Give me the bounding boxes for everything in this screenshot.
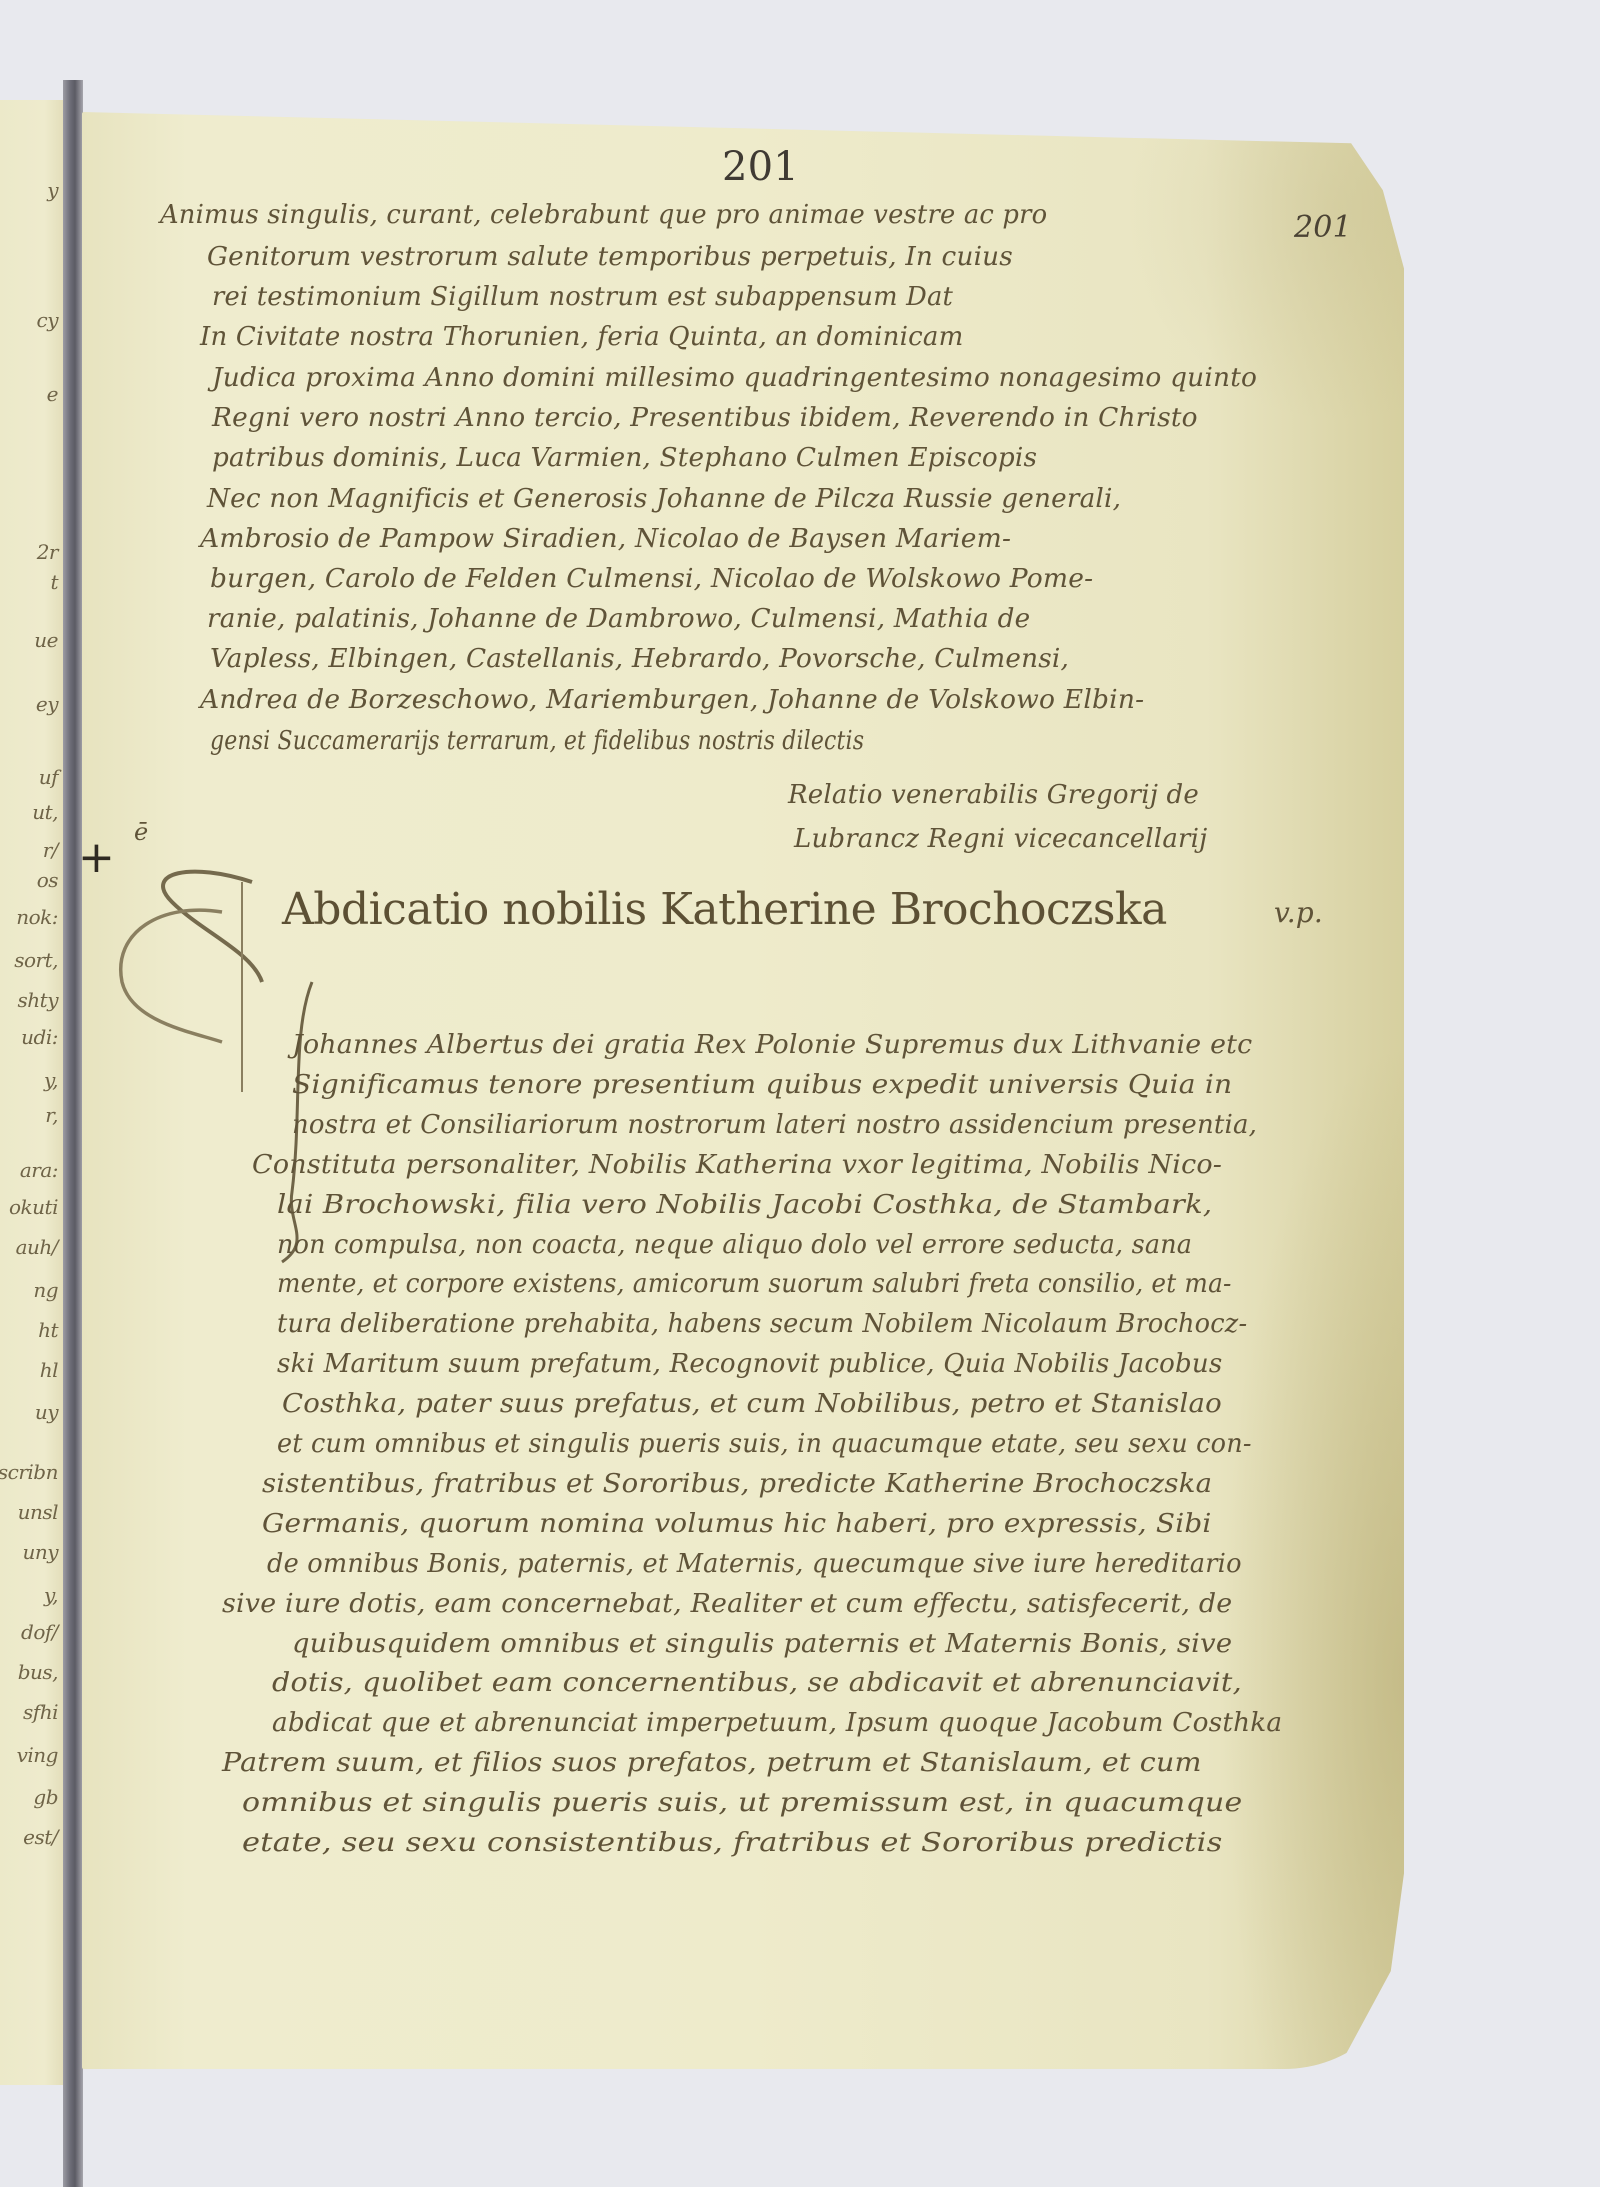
- facing-page-fragment: bus,: [18, 1660, 58, 1684]
- signature-line-2: Lubrancz Regni vicecancellarij: [794, 824, 1207, 854]
- facing-page-fragment: ue: [34, 628, 58, 652]
- text-line: gensi Succamerarijs terrarum, et fidelib…: [210, 728, 1082, 754]
- text-line: Germanis, quorum nomina volumus hic habe…: [262, 1511, 1212, 1537]
- text-line: rei testimonium Sigillum nostrum est sub…: [212, 284, 1232, 310]
- text-line: de omnibus Bonis, paternis, et Maternis,…: [267, 1551, 1242, 1577]
- facing-page-fragment: udi:: [21, 1025, 58, 1049]
- text-line: Significamus tenore presentium quibus ex…: [292, 1072, 1232, 1098]
- text-line: abdicat que et abrenunciat imperpetuum, …: [272, 1710, 1282, 1736]
- facing-page-fragment: ng: [33, 1278, 58, 1302]
- text-line: Genitorum vestrorum salute temporibus pe…: [207, 244, 1252, 270]
- facing-page-fragment: dscribn: [0, 1460, 58, 1484]
- facing-page-fragment: r/: [43, 838, 58, 862]
- cross-mark-icon: +: [78, 832, 115, 883]
- facing-page-fragment: os: [37, 868, 58, 892]
- text-line: non compulsa, non coacta, neque aliquo d…: [277, 1232, 1192, 1258]
- text-line: mente, et corpore existens, amicorum suo…: [277, 1271, 1232, 1297]
- text-line: ranie, palatinis, Johanne de Dambrowo, C…: [207, 606, 1252, 632]
- folio-number: 201: [722, 144, 799, 190]
- manuscript-page: 201 201 Animus singulis, curant, celebra…: [82, 112, 1404, 2069]
- text-line: etate, seu sexu consistentibus, fratribu…: [242, 1830, 1222, 1856]
- facing-page-fragment: dof/: [21, 1620, 58, 1644]
- facing-page-fragment: ht: [38, 1318, 58, 1342]
- text-line: Costhka, pater suus prefatus, et cum Nob…: [282, 1391, 1222, 1417]
- facing-page-fragment: hl: [40, 1358, 58, 1382]
- text-line: et cum omnibus et singulis pueris suis, …: [277, 1431, 1252, 1457]
- text-line: quibusquidem omnibus et singulis paterni…: [292, 1631, 1232, 1657]
- facing-page-fragment: okuti: [9, 1195, 58, 1219]
- facing-page: ycye2rtueeyufut,r/osnok:sort,shtyudi:y,r…: [0, 100, 64, 2085]
- facing-page-fragment: ey: [36, 692, 58, 716]
- facing-page-fragment: ara:: [20, 1158, 58, 1182]
- text-line: Vapless, Elbingen, Castellanis, Hebrardo…: [210, 646, 1252, 672]
- facing-page-fragment: r,: [45, 1103, 58, 1127]
- text-line: burgen, Carolo de Felden Culmensi, Nicol…: [210, 566, 1262, 592]
- text-line: omnibus et singulis pueris suis, ut prem…: [242, 1790, 1242, 1816]
- initial-flourish-icon: [102, 842, 302, 1102]
- text-line: sive iure dotis, eam concernebat, Realit…: [222, 1591, 1232, 1617]
- facing-page-fragment: ut,: [32, 800, 58, 824]
- facing-page-fragment: y,: [44, 1068, 58, 1092]
- marginal-note: v.p.: [1274, 896, 1323, 929]
- facing-page-fragment: nok:: [16, 905, 58, 929]
- facing-page-fragment: uf: [39, 765, 58, 789]
- text-line: ski Maritum suum prefatum, Recognovit pu…: [277, 1351, 1222, 1377]
- text-line: Animus singulis, curant, celebrabunt que…: [160, 202, 1232, 228]
- facing-page-fragment: y,: [44, 1583, 58, 1607]
- text-line: sistentibus, fratribus et Sororibus, pre…: [262, 1471, 1212, 1497]
- text-line: tura deliberatione prehabita, habens sec…: [277, 1311, 1247, 1337]
- facing-page-fragment: est/: [23, 1825, 58, 1849]
- cross-annotation: ē: [134, 818, 148, 846]
- facing-page-fragment: uy: [35, 1400, 58, 1424]
- facing-page-fragment: sort,: [14, 948, 58, 972]
- facing-page-fragment: 2r: [37, 540, 58, 564]
- text-line: dotis, quolibet eam concernentibus, se a…: [272, 1670, 1242, 1696]
- facing-page-fragment: e: [47, 382, 58, 406]
- text-line: Regni vero nostri Anno tercio, Presentib…: [212, 405, 1257, 431]
- entry-heading: Abdicatio nobilis Katherine Brochoczska: [282, 884, 1167, 935]
- text-line: nostra et Consiliariorum nostrorum later…: [292, 1112, 1257, 1138]
- facing-page-fragment: ving: [17, 1743, 58, 1767]
- facing-page-fragment: t: [50, 570, 58, 594]
- facing-page-fragment: gb: [33, 1785, 58, 1809]
- margin-folio-number: 201: [1294, 210, 1352, 245]
- text-line: lai Brochowski, filia vero Nobilis Jacob…: [277, 1192, 1212, 1218]
- facing-page-fragment: cy: [37, 308, 59, 332]
- text-line: Judica proxima Anno domini millesimo qua…: [212, 365, 1257, 391]
- facing-page-fragment: shty: [18, 988, 58, 1012]
- binding-gutter: [63, 80, 83, 2187]
- facing-page-fragment: y: [47, 178, 58, 202]
- text-line: patribus dominis, Luca Varmien, Stephano…: [212, 445, 1252, 471]
- facing-page-fragment: sfhi: [23, 1700, 58, 1724]
- facing-page-fragment: unsl: [18, 1500, 58, 1524]
- text-line: Andrea de Borzeschowo, Mariemburgen, Joh…: [200, 687, 1262, 713]
- facing-page-fragment: auh/: [16, 1235, 58, 1259]
- signature-line-1: Relatio venerabilis Gregorij de: [788, 780, 1199, 810]
- text-line: Patrem suum, et filios suos prefatos, pe…: [222, 1750, 1202, 1776]
- text-line: In Civitate nostra Thorunien, feria Quin…: [200, 324, 1242, 350]
- facing-page-fragment: uny: [22, 1540, 58, 1564]
- text-line: Ambrosio de Pampow Siradien, Nicolao de …: [200, 526, 1262, 552]
- text-line: Constituta personaliter, Nobilis Katheri…: [252, 1152, 1222, 1178]
- text-line: Johannes Albertus dei gratia Rex Polonie…: [292, 1032, 1252, 1058]
- text-line: Nec non Magnificis et Generosis Johanne …: [207, 486, 1252, 512]
